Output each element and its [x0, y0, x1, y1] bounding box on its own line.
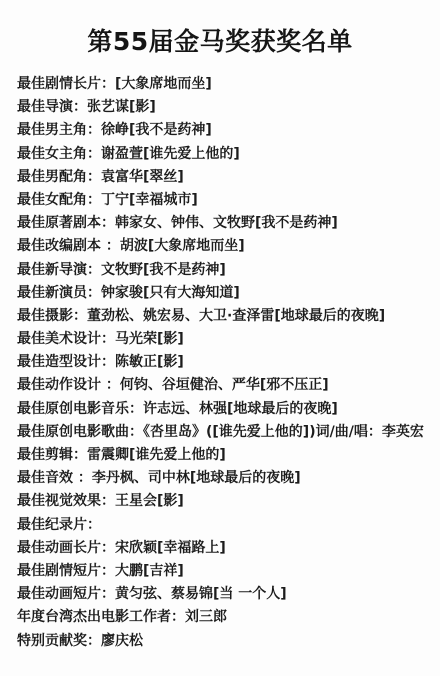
award-row: 最佳动画长片：宋欣颖[幸福路上] [17, 537, 437, 560]
award-row: 最佳改编剧本 ：胡波[大象席地而坐] [17, 235, 437, 258]
award-category: 最佳男主角： [17, 122, 101, 138]
award-category: 最佳原创电影歌曲： [17, 424, 143, 440]
award-category: 最佳动作设计 ： [17, 377, 120, 393]
award-row: 特别贡献奖：廖庆松 [17, 630, 437, 653]
award-winner: 何钧、谷垣健治、严华[邪不压正] [120, 377, 329, 393]
award-category: 最佳改编剧本 ： [17, 238, 120, 254]
award-winner: 丁宁[幸福城市] [101, 192, 198, 208]
award-category: 最佳美术设计： [17, 331, 115, 347]
award-row: 最佳视觉效果：王星会[影] [17, 490, 437, 513]
award-row: 最佳动作设计 ：何钧、谷垣健治、严华[邪不压正] [17, 374, 437, 397]
award-category: 最佳女主角： [17, 146, 101, 162]
award-row: 最佳美术设计：马光荣[影] [17, 328, 437, 351]
award-winner: 《呇里岛》([谁先爱上他的])词/曲/唱：李英宏 [143, 424, 424, 440]
award-winner: [大象席地而坐] [115, 76, 212, 92]
award-row: 最佳音效 ：李丹枫、司中林[地球最后的夜晚] [17, 467, 437, 490]
award-category: 最佳女配角： [17, 192, 101, 208]
award-category: 最佳纪录片： [17, 517, 101, 533]
award-row: 最佳摄影：董劲松、姚宏易、大卫·查泽雷[地球最后的夜晚] [17, 305, 437, 328]
award-row: 最佳原创电影歌曲：《呇里岛》([谁先爱上他的])词/曲/唱：李英宏 [17, 421, 437, 444]
award-row: 最佳新导演：文牧野[我不是药神] [17, 259, 437, 282]
award-winner: 韩家女、钟伟、文牧野[我不是药神] [115, 215, 338, 231]
award-list: 最佳剧情长片：[大象席地而坐] 最佳导演：张艺谋[影] 最佳男主角：徐峥[我不是… [17, 73, 437, 653]
award-winner: 刘三郎 [185, 609, 227, 625]
award-row: 最佳剪辑：雷震卿[谁先爱上他的] [17, 444, 437, 467]
award-category: 最佳剪辑： [17, 447, 87, 463]
award-winner: 马光荣[影] [115, 331, 184, 347]
award-category: 最佳音效 ： [17, 470, 92, 486]
award-winner: 徐峥[我不是药神] [101, 122, 212, 138]
award-row: 最佳原创电影音乐：许志远、林强[地球最后的夜晚] [17, 398, 437, 421]
award-category: 最佳新导演： [17, 262, 101, 278]
award-winner: 许志远、林强[地球最后的夜晚] [143, 401, 338, 417]
award-winner: 王星会[影] [115, 493, 184, 509]
award-row: 最佳女配角：丁宁[幸福城市] [17, 189, 437, 212]
award-category: 最佳新演员： [17, 285, 101, 301]
award-winner: 雷震卿[谁先爱上他的] [87, 447, 226, 463]
award-winner: 黄匀弦、蔡易锦[当 一个人] [115, 586, 287, 602]
award-winner: 袁富华[翠丝] [101, 169, 184, 185]
award-category: 最佳男配角： [17, 169, 101, 185]
award-winner: 宋欣颖[幸福路上] [115, 540, 226, 556]
award-winner: 钟家骏[只有大海知道] [101, 285, 240, 301]
award-category: 最佳动画短片： [17, 586, 115, 602]
award-winner: 李丹枫、司中林[地球最后的夜晚] [92, 470, 301, 486]
award-row: 最佳原著剧本：韩家女、钟伟、文牧野[我不是药神] [17, 212, 437, 235]
award-category: 最佳原创电影音乐： [17, 401, 143, 417]
award-list-document: 第55届金马奖获奖名单 最佳剧情长片：[大象席地而坐] 最佳导演：张艺谋[影] … [0, 0, 440, 676]
award-category: 最佳动画长片： [17, 540, 115, 556]
award-category: 特别贡献奖： [17, 633, 101, 649]
award-winner: 廖庆松 [101, 633, 143, 649]
award-winner: 文牧野[我不是药神] [101, 262, 226, 278]
award-row: 最佳剧情长片：[大象席地而坐] [17, 73, 437, 96]
award-winner: 大鹏[吉祥] [115, 563, 184, 579]
award-row: 最佳动画短片：黄匀弦、蔡易锦[当 一个人] [17, 583, 437, 606]
award-winner: 张艺谋[影] [87, 99, 156, 115]
award-winner: 陈敏正[影] [115, 354, 184, 370]
award-row: 最佳造型设计：陈敏正[影] [17, 351, 437, 374]
award-row: 最佳新演员：钟家骏[只有大海知道] [17, 282, 437, 305]
award-category: 最佳视觉效果： [17, 493, 115, 509]
award-row: 最佳女主角：谢盈萱[谁先爱上他的] [17, 143, 437, 166]
award-row: 年度台湾杰出电影工作者：刘三郎 [17, 606, 437, 629]
award-category: 最佳剧情短片： [17, 563, 115, 579]
award-row: 最佳男配角：袁富华[翠丝] [17, 166, 437, 189]
award-row: 最佳剧情短片：大鹏[吉祥] [17, 560, 437, 583]
award-category: 最佳剧情长片： [17, 76, 115, 92]
award-category: 年度台湾杰出电影工作者： [17, 609, 185, 625]
award-winner: 董劲松、姚宏易、大卫·查泽雷[地球最后的夜晚] [87, 308, 385, 324]
award-category: 最佳导演： [17, 99, 87, 115]
page-title: 第55届金马奖获奖名单 [0, 26, 440, 58]
award-category: 最佳摄影： [17, 308, 87, 324]
award-row: 最佳导演：张艺谋[影] [17, 96, 437, 119]
award-category: 最佳造型设计： [17, 354, 115, 370]
award-category: 最佳原著剧本： [17, 215, 115, 231]
award-winner: 谢盈萱[谁先爱上他的] [101, 146, 240, 162]
award-row: 最佳纪录片： [17, 514, 437, 537]
award-row: 最佳男主角：徐峥[我不是药神] [17, 119, 437, 142]
award-winner: 胡波[大象席地而坐] [120, 238, 245, 254]
